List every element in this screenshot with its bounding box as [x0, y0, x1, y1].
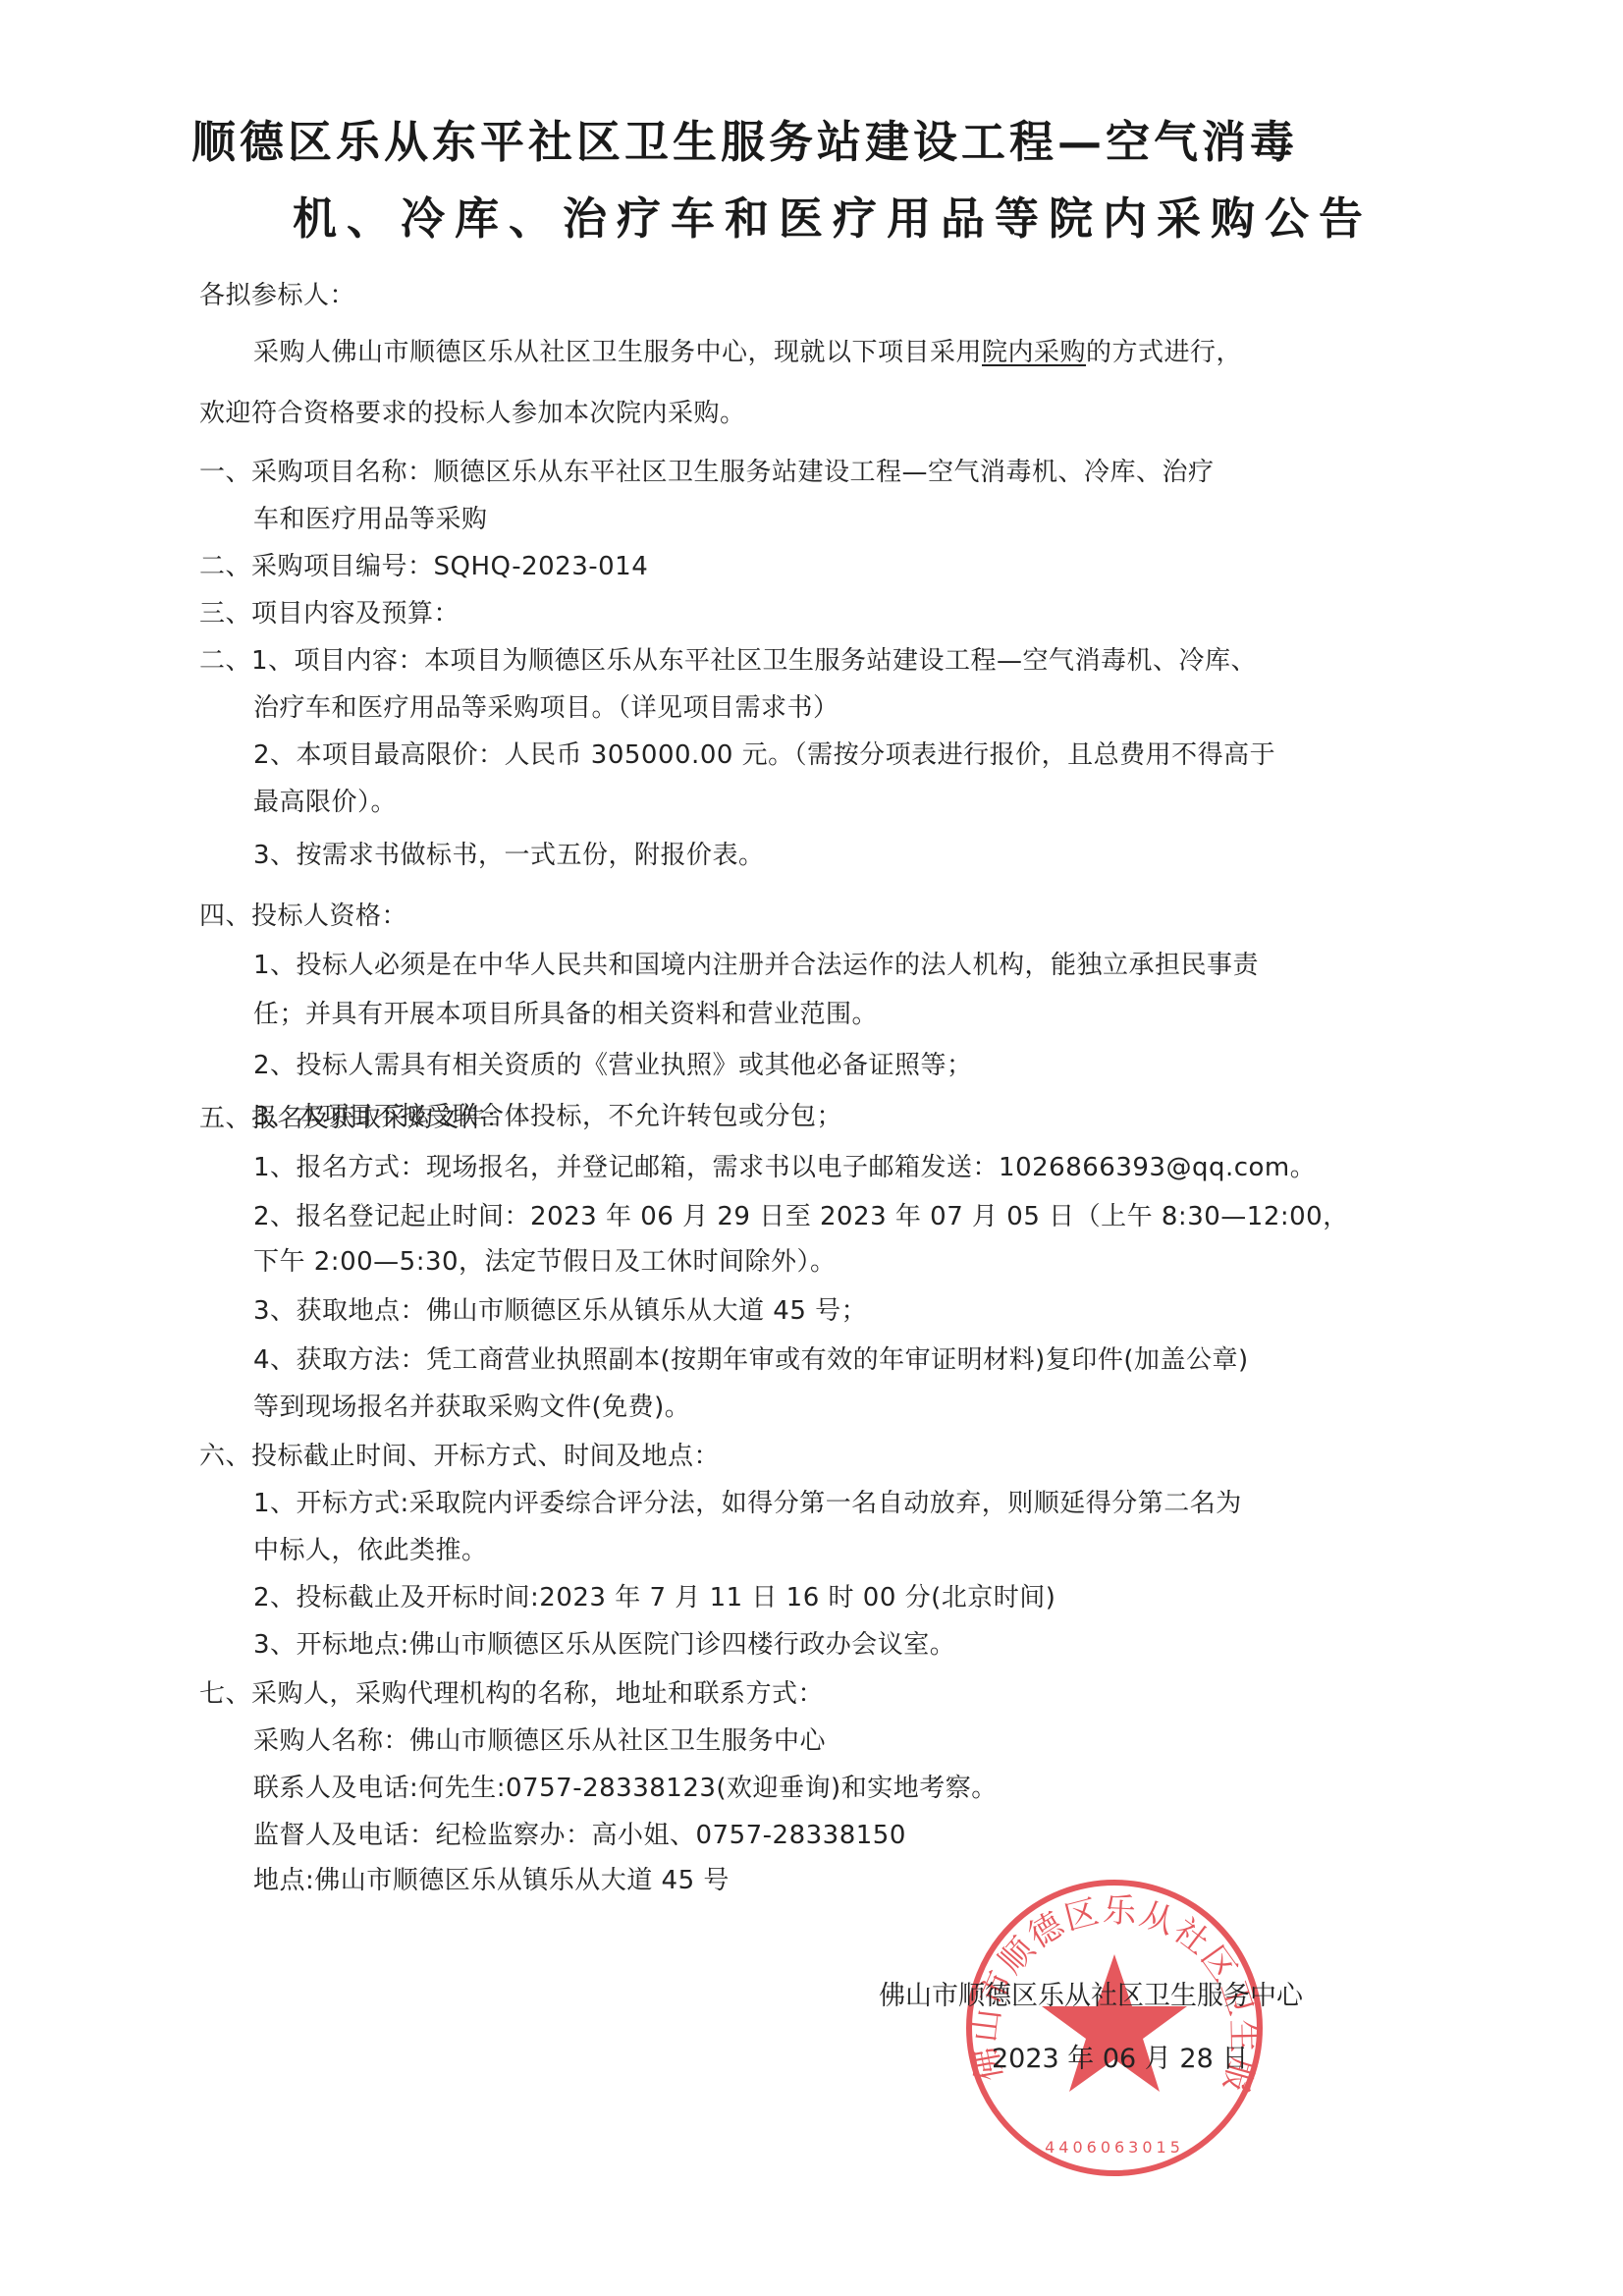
section-5-item4-method: 4、获取方法：凭工商营业执照副本(按期年审或有效的年审证明材料)复印件(加盖公章… — [253, 1339, 1249, 1376]
section-4-item1-cont: 任；并具有开展本项目所具备的相关资料和营业范围。 — [253, 994, 878, 1030]
section-5-item2-registration-time: 2、报名登记起止时间：2023 年 06 月 29 日至 2023 年 07 月… — [253, 1196, 1349, 1232]
section-6-heading: 六、投标截止时间、开标方式、时间及地点： — [199, 1436, 720, 1472]
signature-date: 2023 年 06 月 28 日 — [992, 2037, 1248, 2075]
intro-paragraph: 采购人佛山市顺德区乐从社区卫生服务中心，现就以下项目采用院内采购的方式进行， — [253, 332, 1242, 368]
section-5-item4-cont: 等到现场报名并获取采购文件(免费)。 — [253, 1387, 690, 1423]
section-6-item1-cont: 中标人，依此类推。 — [253, 1530, 488, 1566]
section-3-item2-price-cap: 2、本项目最高限价：人民币 305000.00 元。（需按分项表进行报价，且总费… — [253, 735, 1275, 771]
section-7-heading: 七、采购人，采购代理机构的名称，地址和联系方式： — [199, 1673, 824, 1710]
section-7-supervisor: 监督人及电话：纪检监察办：高小姐、0757-28338150 — [253, 1815, 906, 1851]
intro-underlined-method: 院内采购 — [982, 338, 1086, 367]
intro-paragraph-line2: 欢迎符合资格要求的投标人参加本次院内采购。 — [199, 393, 746, 429]
section-7-address: 地点:佛山市顺德区乐从镇乐从大道 45 号 — [253, 1860, 730, 1896]
intro-text-part2: 的方式进行， — [1086, 338, 1242, 367]
section-1-project-name: 一、采购项目名称：顺德区乐从东平社区卫生服务站建设工程—空气消毒机、冷库、治疗 — [199, 452, 1215, 488]
section-6-item3-venue: 3、开标地点:佛山市顺德区乐从医院门诊四楼行政办会议室。 — [253, 1624, 955, 1661]
official-seal-stamp-icon: 佛山市顺德区乐从社区卫生服务中心 4406063015 — [962, 1876, 1267, 2180]
section-7-purchaser: 采购人名称：佛山市顺德区乐从社区卫生服务中心 — [253, 1721, 826, 1757]
section-3-item2-cont: 最高限价）。 — [253, 782, 397, 818]
document-title-line2: 机、冷库、治疗车和医疗用品等院内采购公告 — [293, 183, 1471, 246]
section-3-item1-cont: 治疗车和医疗用品等采购项目。（详见项目需求书） — [253, 687, 839, 724]
section-4-item2: 2、投标人需具有相关资质的《营业执照》或其他必备证照等； — [253, 1045, 973, 1081]
section-6-item2-deadline: 2、投标截止及开标时间:2023 年 7 月 11 日 16 时 00 分(北京… — [253, 1577, 1055, 1613]
section-3-item3: 3、按需求书做标书，一式五份，附报价表。 — [253, 835, 765, 871]
section-5-heading: 五、报名及获取采购文件： — [199, 1098, 512, 1134]
signature-organization: 佛山市顺德区乐从社区卫生服务中心 — [879, 1974, 1303, 2012]
document-title-line1: 顺德区乐从东平社区卫生服务站建设工程—空气消毒 — [191, 106, 1370, 170]
svg-text:4406063015: 4406063015 — [1045, 2138, 1184, 2157]
intro-text-part1: 采购人佛山市顺德区乐从社区卫生服务中心，现就以下项目采用 — [253, 338, 982, 367]
procurement-announcement-page: 顺德区乐从东平社区卫生服务站建设工程—空气消毒 机、冷库、治疗车和医疗用品等院内… — [0, 0, 1623, 2296]
section-4-item1: 1、投标人必须是在中华人民共和国境内注册并合法运作的法人机构，能独立承担民事责 — [253, 945, 1259, 981]
salutation: 各拟参标人： — [199, 275, 355, 311]
section-3-heading: 三、项目内容及预算： — [199, 593, 460, 629]
section-4-heading: 四、投标人资格： — [199, 896, 407, 932]
section-5-item3-location: 3、获取地点：佛山市顺德区乐从镇乐从大道 45 号； — [253, 1290, 867, 1327]
section-1-project-name-cont: 车和医疗用品等采购 — [253, 499, 488, 535]
section-5-item2-cont: 下午 2:00—5:30，法定节假日及工休时间除外）。 — [253, 1241, 837, 1278]
section-3-item1: 二、1、项目内容：本项目为顺德区乐从东平社区卫生服务站建设工程—空气消毒机、冷库… — [199, 640, 1257, 677]
section-6-item1-evaluation: 1、开标方式:采取院内评委综合评分法，如得分第一名自动放弃，则顺延得分第二名为 — [253, 1483, 1242, 1519]
section-2-project-number: 二、采购项目编号：SQHQ-2023-014 — [199, 546, 648, 582]
section-5-item1-email: 1、报名方式：现场报名，并登记邮箱，需求书以电子邮箱发送：1026866393@… — [253, 1147, 1316, 1183]
section-7-contact: 联系人及电话:何先生:0757-28338123(欢迎垂询)和实地考察。 — [253, 1768, 998, 1804]
